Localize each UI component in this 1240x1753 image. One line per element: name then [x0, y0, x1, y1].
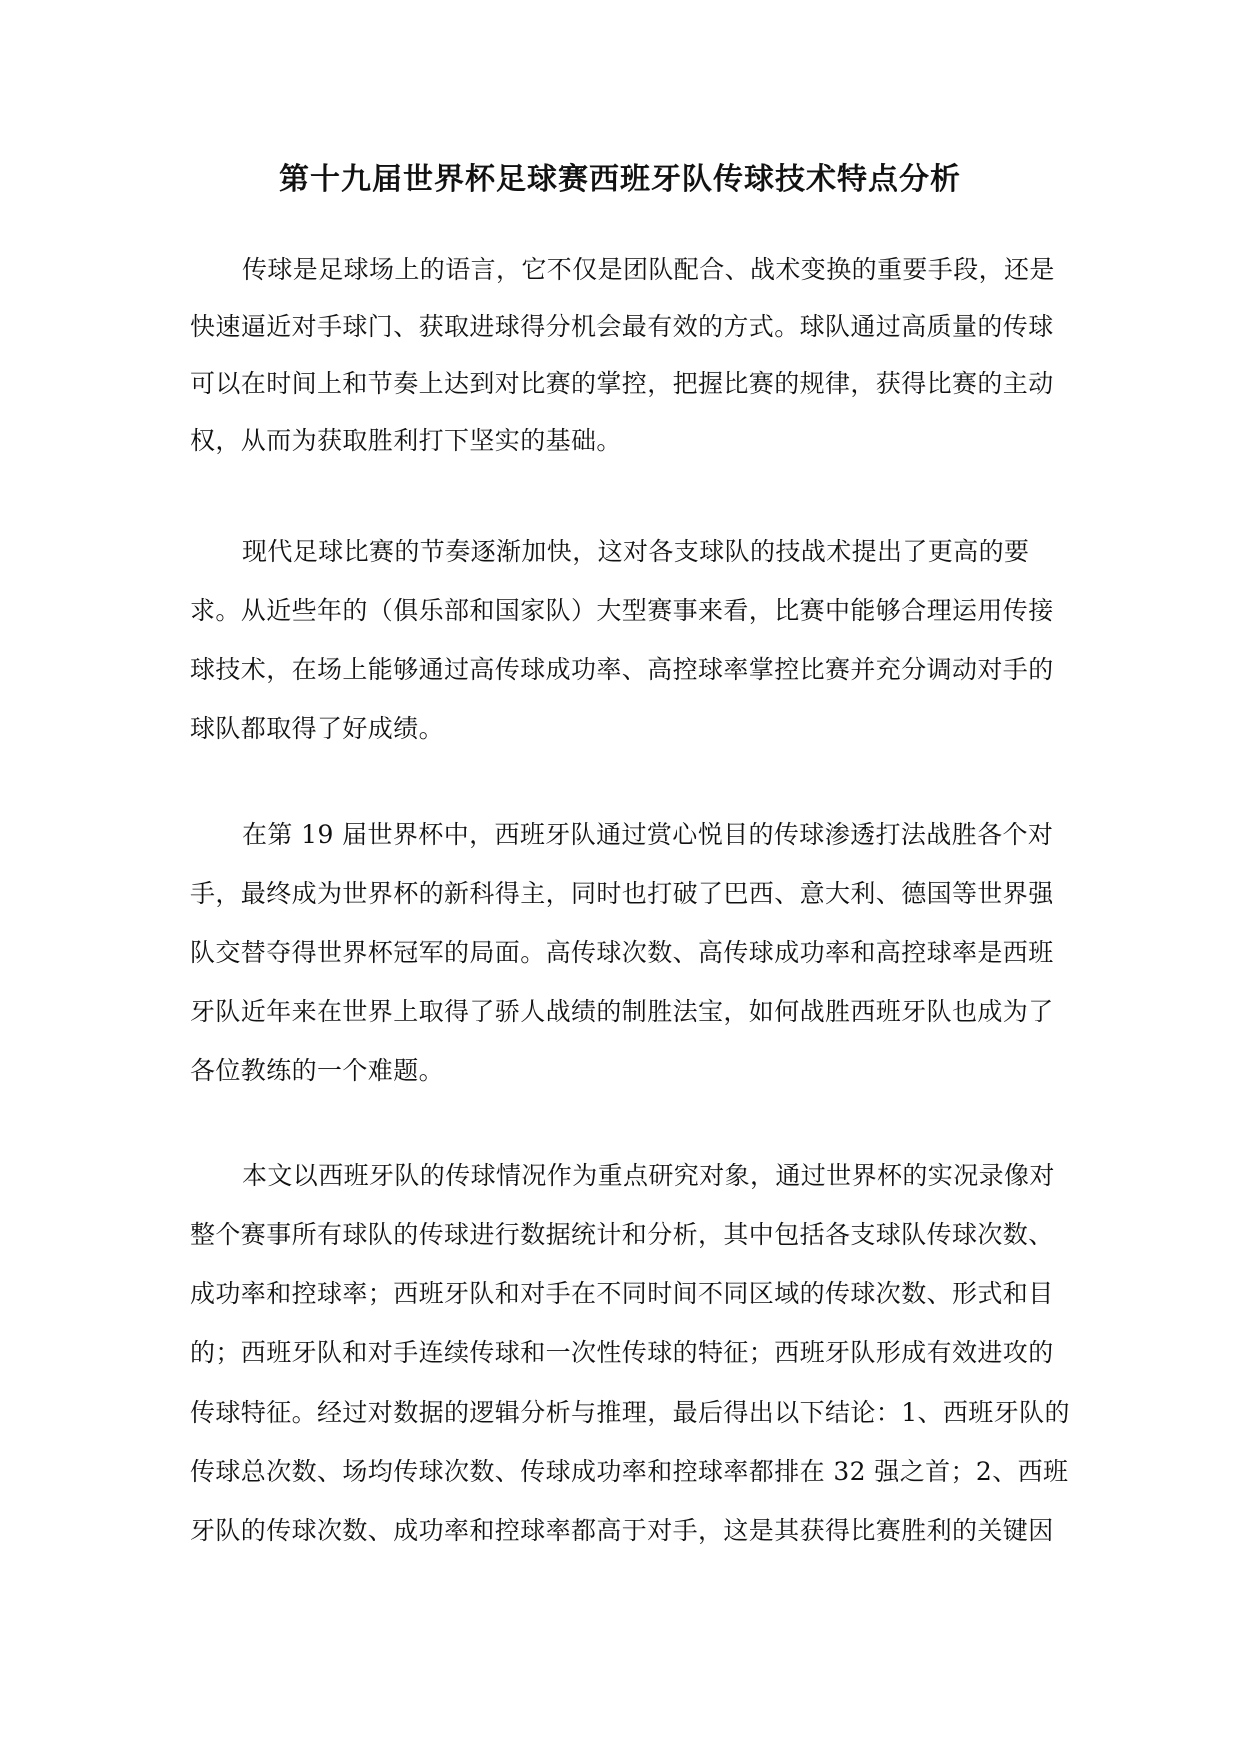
- paragraph-line: 的；西班牙队和对手连续传球和一次性传球的特征；西班牙队形成有效进攻的: [190, 1333, 1054, 1373]
- paragraph-line: 成功率和控球率；西班牙队和对手在不同时间不同区域的传球次数、形式和目: [190, 1274, 1054, 1314]
- paragraph-line: 传球特征。经过对数据的逻辑分析与推理，最后得出以下结论：1、西班牙队的: [190, 1393, 1070, 1433]
- paragraph-line: 队交替夺得世界杯冠军的局面。高传球次数、高传球成功率和高控球率是西班: [190, 933, 1054, 973]
- paragraph-line: 可以在时间上和节奏上达到对比赛的掌控，把握比赛的规律，获得比赛的主动: [190, 364, 1054, 404]
- paragraph-line: 传球是足球场上的语言，它不仅是团队配合、战术变换的重要手段，还是: [242, 250, 1055, 290]
- document-page: 第十九届世界杯足球赛西班牙队传球技术特点分析 传球是足球场上的语言，它不仅是团队…: [0, 0, 1240, 1753]
- paragraph-line: 整个赛事所有球队的传球进行数据统计和分析，其中包括各支球队传球次数、: [190, 1215, 1054, 1255]
- paragraph-line: 求。从近些年的（俱乐部和国家队）大型赛事来看，比赛中能够合理运用传接: [190, 591, 1054, 631]
- paragraph-line: 现代足球比赛的节奏逐渐加快，这对各支球队的技战术提出了更高的要: [242, 532, 1029, 572]
- paragraph-line: 手，最终成为世界杯的新科得主，同时也打破了巴西、意大利、德国等世界强: [190, 874, 1054, 914]
- document-title: 第十九届世界杯足球赛西班牙队传球技术特点分析: [0, 160, 1240, 200]
- paragraph-line: 球队都取得了好成绩。: [190, 709, 444, 749]
- paragraph-line: 球技术，在场上能够通过高传球成功率、高控球率掌控比赛并充分调动对手的: [190, 650, 1054, 690]
- paragraph-line: 牙队的传球次数、成功率和控球率都高于对手，这是其获得比赛胜利的关键因: [190, 1511, 1054, 1551]
- paragraph-line: 快速逼近对手球门、获取进球得分机会最有效的方式。球队通过高质量的传球: [190, 307, 1054, 347]
- paragraph-line: 传球总次数、场均传球次数、传球成功率和控球率都排在 32 强之首；2、西班: [190, 1452, 1068, 1492]
- paragraph-line: 在第 19 届世界杯中，西班牙队通过赏心悦目的传球渗透打法战胜各个对: [242, 815, 1053, 855]
- paragraph-line: 权，从而为获取胜利打下坚实的基础。: [190, 421, 622, 461]
- paragraph-line: 牙队近年来在世界上取得了骄人战绩的制胜法宝，如何战胜西班牙队也成为了: [190, 992, 1054, 1032]
- paragraph-line: 本文以西班牙队的传球情况作为重点研究对象，通过世界杯的实况录像对: [242, 1156, 1055, 1196]
- paragraph-line: 各位教练的一个难题。: [190, 1051, 444, 1091]
